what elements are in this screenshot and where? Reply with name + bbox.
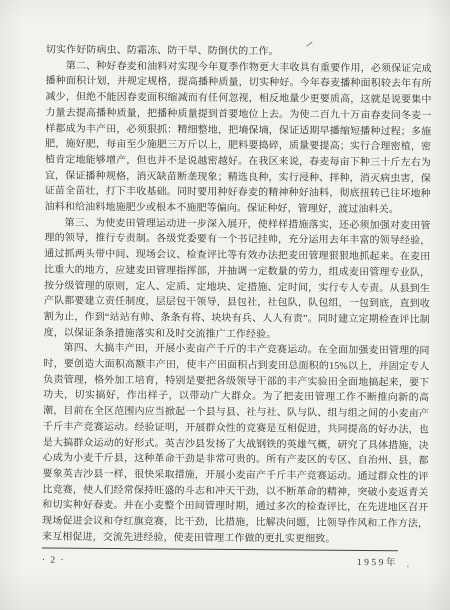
body-paragraph-fourth-point: 第四、大搞丰产田，开展小麦亩产千斤的丰产竞赛运动。在全面加强麦田管理的同时，要创…	[42, 341, 430, 548]
body-paragraph-third-point: 第三、为使麦田管理运动进一步深入展开，使样样措施落实，还必须加强对麦田管理的领导…	[44, 215, 431, 344]
page-footer: · 2 · 1959年	[42, 547, 398, 568]
page-content: 切实作好防病虫、防霜冻、防干旱、防倒伏的工作。 第二、种好春麦和油料对实现今年夏…	[0, 0, 450, 610]
page-number: · 2 ·	[42, 555, 65, 565]
text-block: 切实作好防病虫、防霜冻、防干旱、防倒伏的工作。 第二、种好春麦和油料对实现今年夏…	[42, 43, 432, 549]
scanned-page-body: { "document": { "colors": { "paper": "#f…	[0, 0, 450, 610]
body-paragraph-second-point: 第二、种好春麦和油料对实现今年夏季作物更大丰收具有重要作用，必须保证完成播种面积…	[45, 58, 432, 218]
footer-year: 1959年	[357, 554, 398, 568]
scan-dot-speck	[407, 565, 409, 567]
document-page: 切实作好防病虫、防霜冻、防干旱、防倒伏的工作。 第二、种好春麦和油料对实现今年夏…	[0, 0, 450, 610]
